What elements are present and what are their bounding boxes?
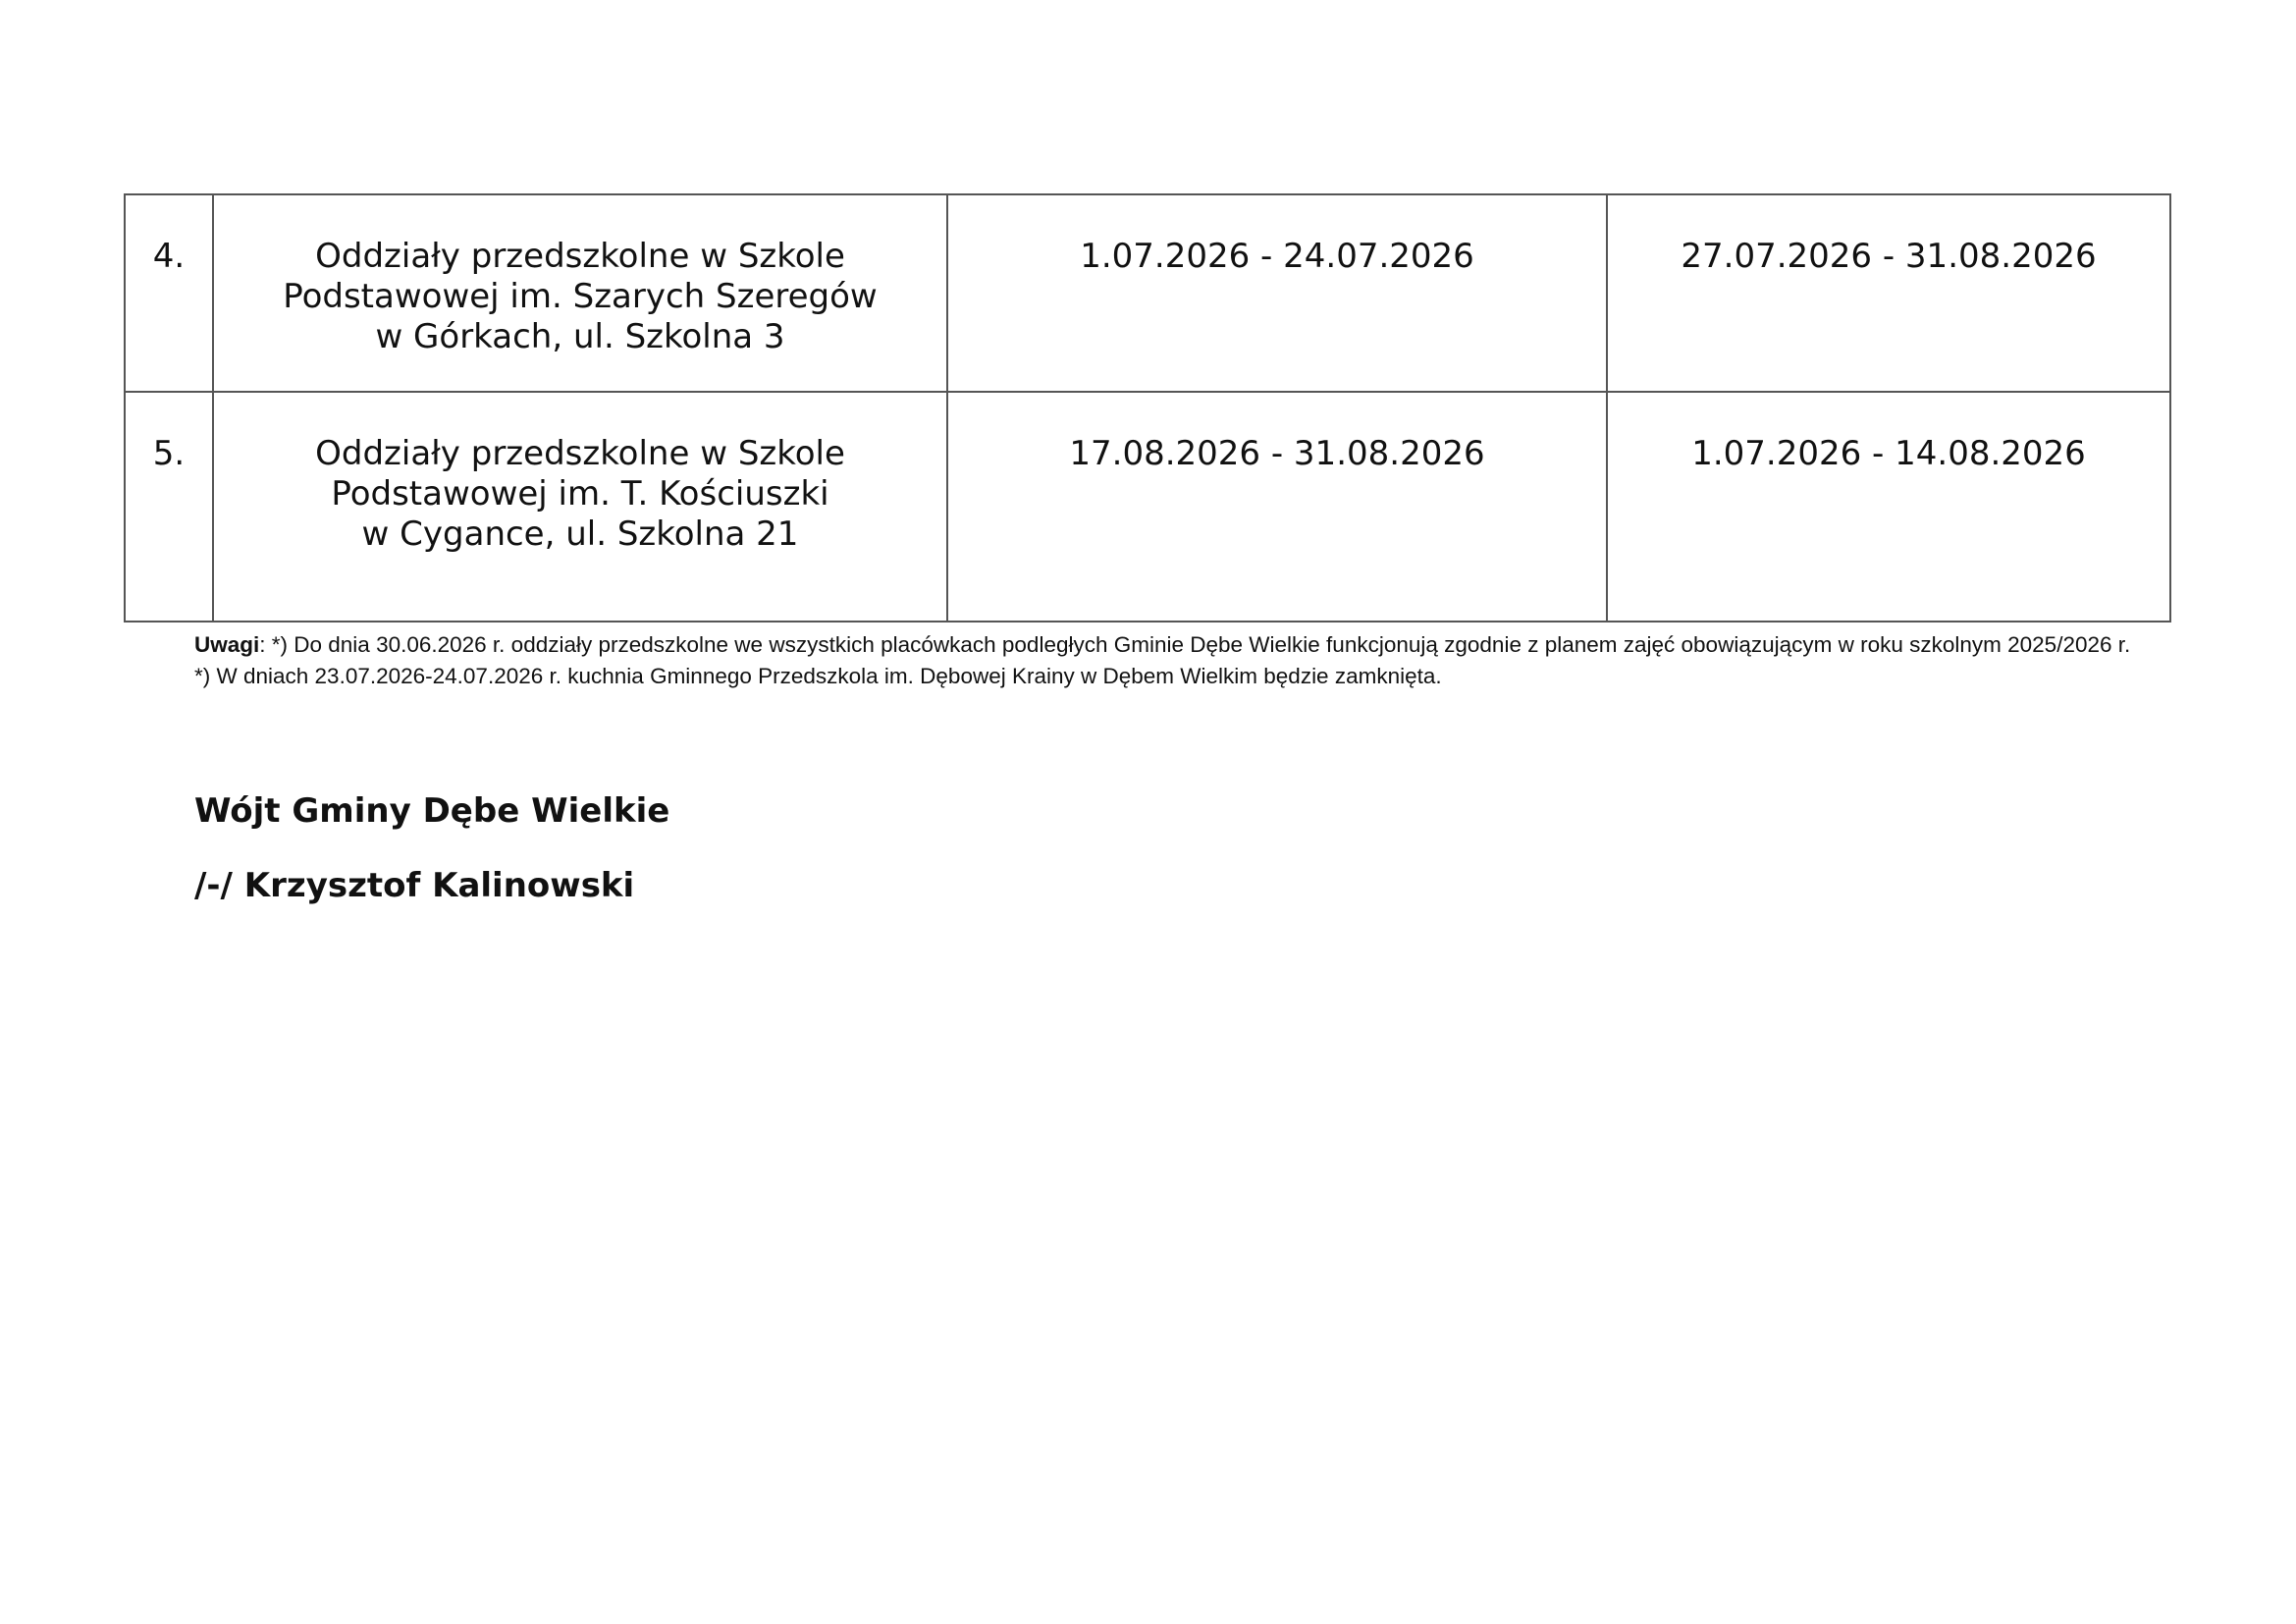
period-1-cell: 1.07.2026 - 24.07.2026 (947, 194, 1607, 392)
row-number-cell: 5. (125, 392, 213, 622)
notes-section: Uwagi: *) Do dnia 30.06.2026 r. oddziały… (194, 629, 2138, 692)
signature-title: Wójt Gminy Dębe Wielkie (194, 791, 669, 831)
schedule-table: 4. Oddziały przedszkolne w Szkole Podsta… (124, 193, 2171, 623)
period-2-cell: 27.07.2026 - 31.08.2026 (1607, 194, 2170, 392)
period-1-cell: 17.08.2026 - 31.08.2026 (947, 392, 1607, 622)
table-row: 4. Oddziały przedszkolne w Szkole Podsta… (125, 194, 2170, 392)
note-2: *) W dniach 23.07.2026-24.07.2026 r. kuc… (194, 661, 2138, 692)
note-1: Uwagi: *) Do dnia 30.06.2026 r. oddziały… (194, 629, 2138, 661)
period-2-cell: 1.07.2026 - 14.08.2026 (1607, 392, 2170, 622)
institution-name-cell: Oddziały przedszkolne w Szkole Podstawow… (213, 392, 947, 622)
signature-name: /-/ Krzysztof Kalinowski (194, 866, 634, 905)
row-number-cell: 4. (125, 194, 213, 392)
table-row: 5. Oddziały przedszkolne w Szkole Podsta… (125, 392, 2170, 622)
institution-name-cell: Oddziały przedszkolne w Szkole Podstawow… (213, 194, 947, 392)
notes-label: Uwagi (194, 632, 259, 657)
